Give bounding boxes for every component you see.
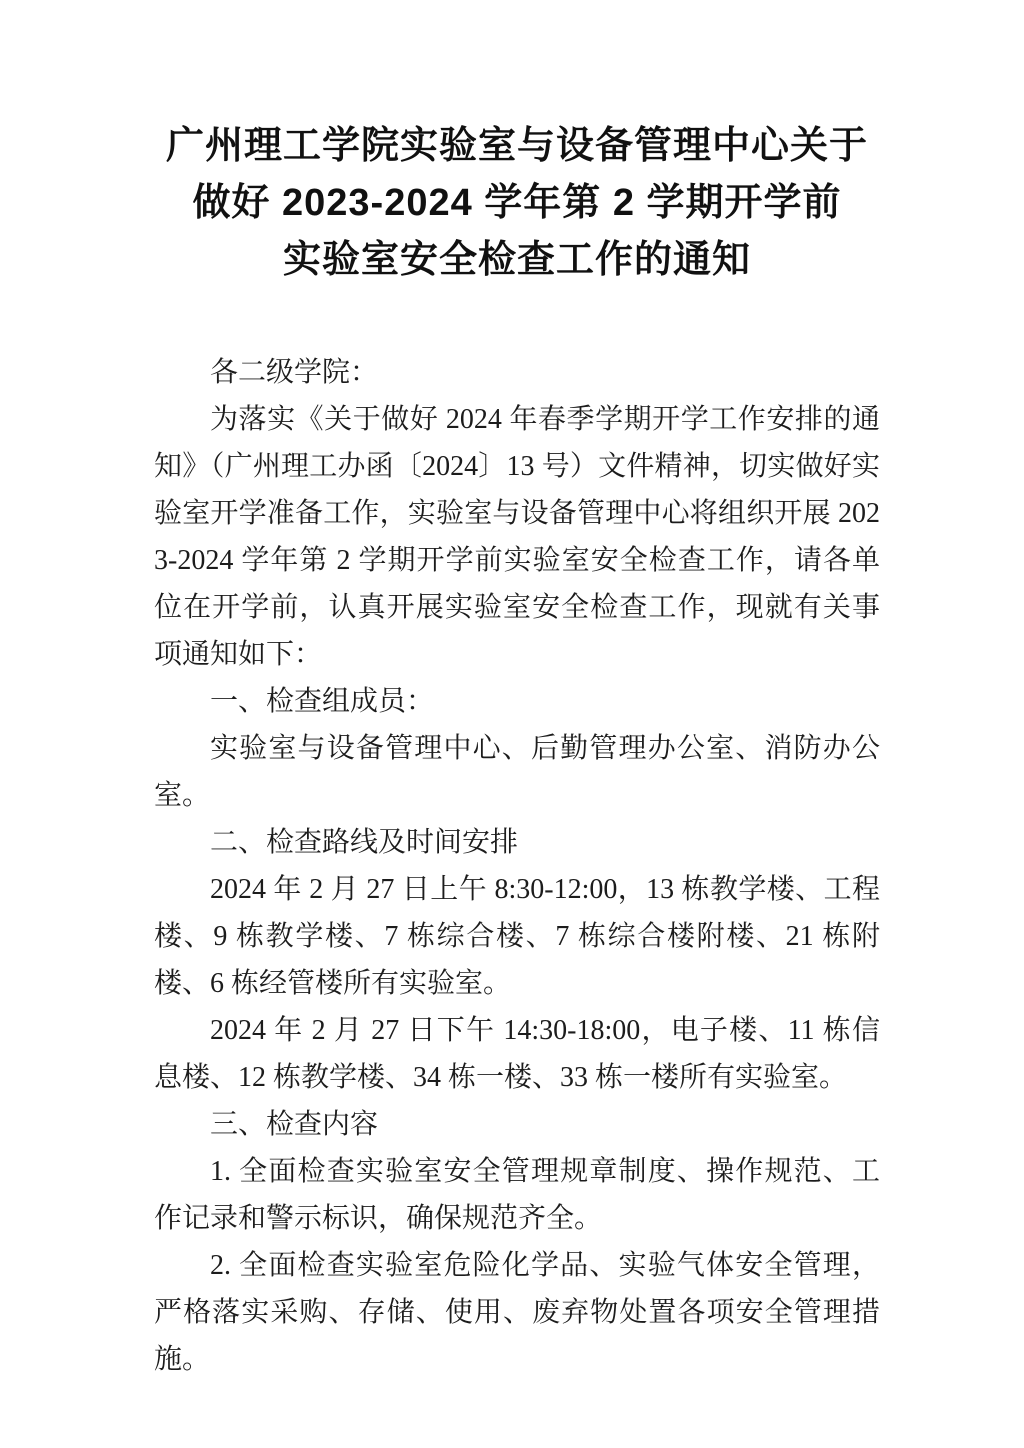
paragraph-check-item-2: 2. 全面检查实验室危险化学品、实验气体安全管理，严格落实采购、存储、使用、废弃… [154, 1242, 880, 1383]
paragraph-afternoon-schedule: 2024 年 2 月 27 日下午 14:30-18:00，电子楼、11 栋信息… [154, 1007, 880, 1101]
paragraph-morning-schedule: 2024 年 2 月 27 日上午 8:30-12:00，13 栋教学楼、工程楼… [154, 866, 880, 1007]
title-line-1: 广州理工学院实验室与设备管理中心关于 [154, 118, 880, 175]
heading-section-3: 三、检查内容 [154, 1101, 880, 1148]
notice-document-page: 广州理工学院实验室与设备管理中心关于 做好 2023-2024 学年第 2 学期… [0, 0, 1024, 1448]
paragraph-intro: 为落实《关于做好 2024 年春季学期开学工作安排的通知》（广州理工办函〔202… [154, 396, 880, 678]
paragraph-inspection-team: 实验室与设备管理中心、后勤管理办公室、消防办公室。 [154, 725, 880, 819]
document-body: 各二级学院： 为落实《关于做好 2024 年春季学期开学工作安排的通知》（广州理… [154, 349, 880, 1383]
heading-section-2: 二、检查路线及时间安排 [154, 819, 880, 866]
paragraph-check-item-1: 1. 全面检查实验室安全管理规章制度、操作规范、工作记录和警示标识，确保规范齐全… [154, 1148, 880, 1242]
heading-section-1: 一、检查组成员： [154, 678, 880, 725]
document-title: 广州理工学院实验室与设备管理中心关于 做好 2023-2024 学年第 2 学期… [154, 118, 880, 289]
title-line-2: 做好 2023-2024 学年第 2 学期开学前 [154, 175, 880, 232]
salutation: 各二级学院： [154, 349, 880, 396]
title-line-3: 实验室安全检查工作的通知 [154, 232, 880, 289]
